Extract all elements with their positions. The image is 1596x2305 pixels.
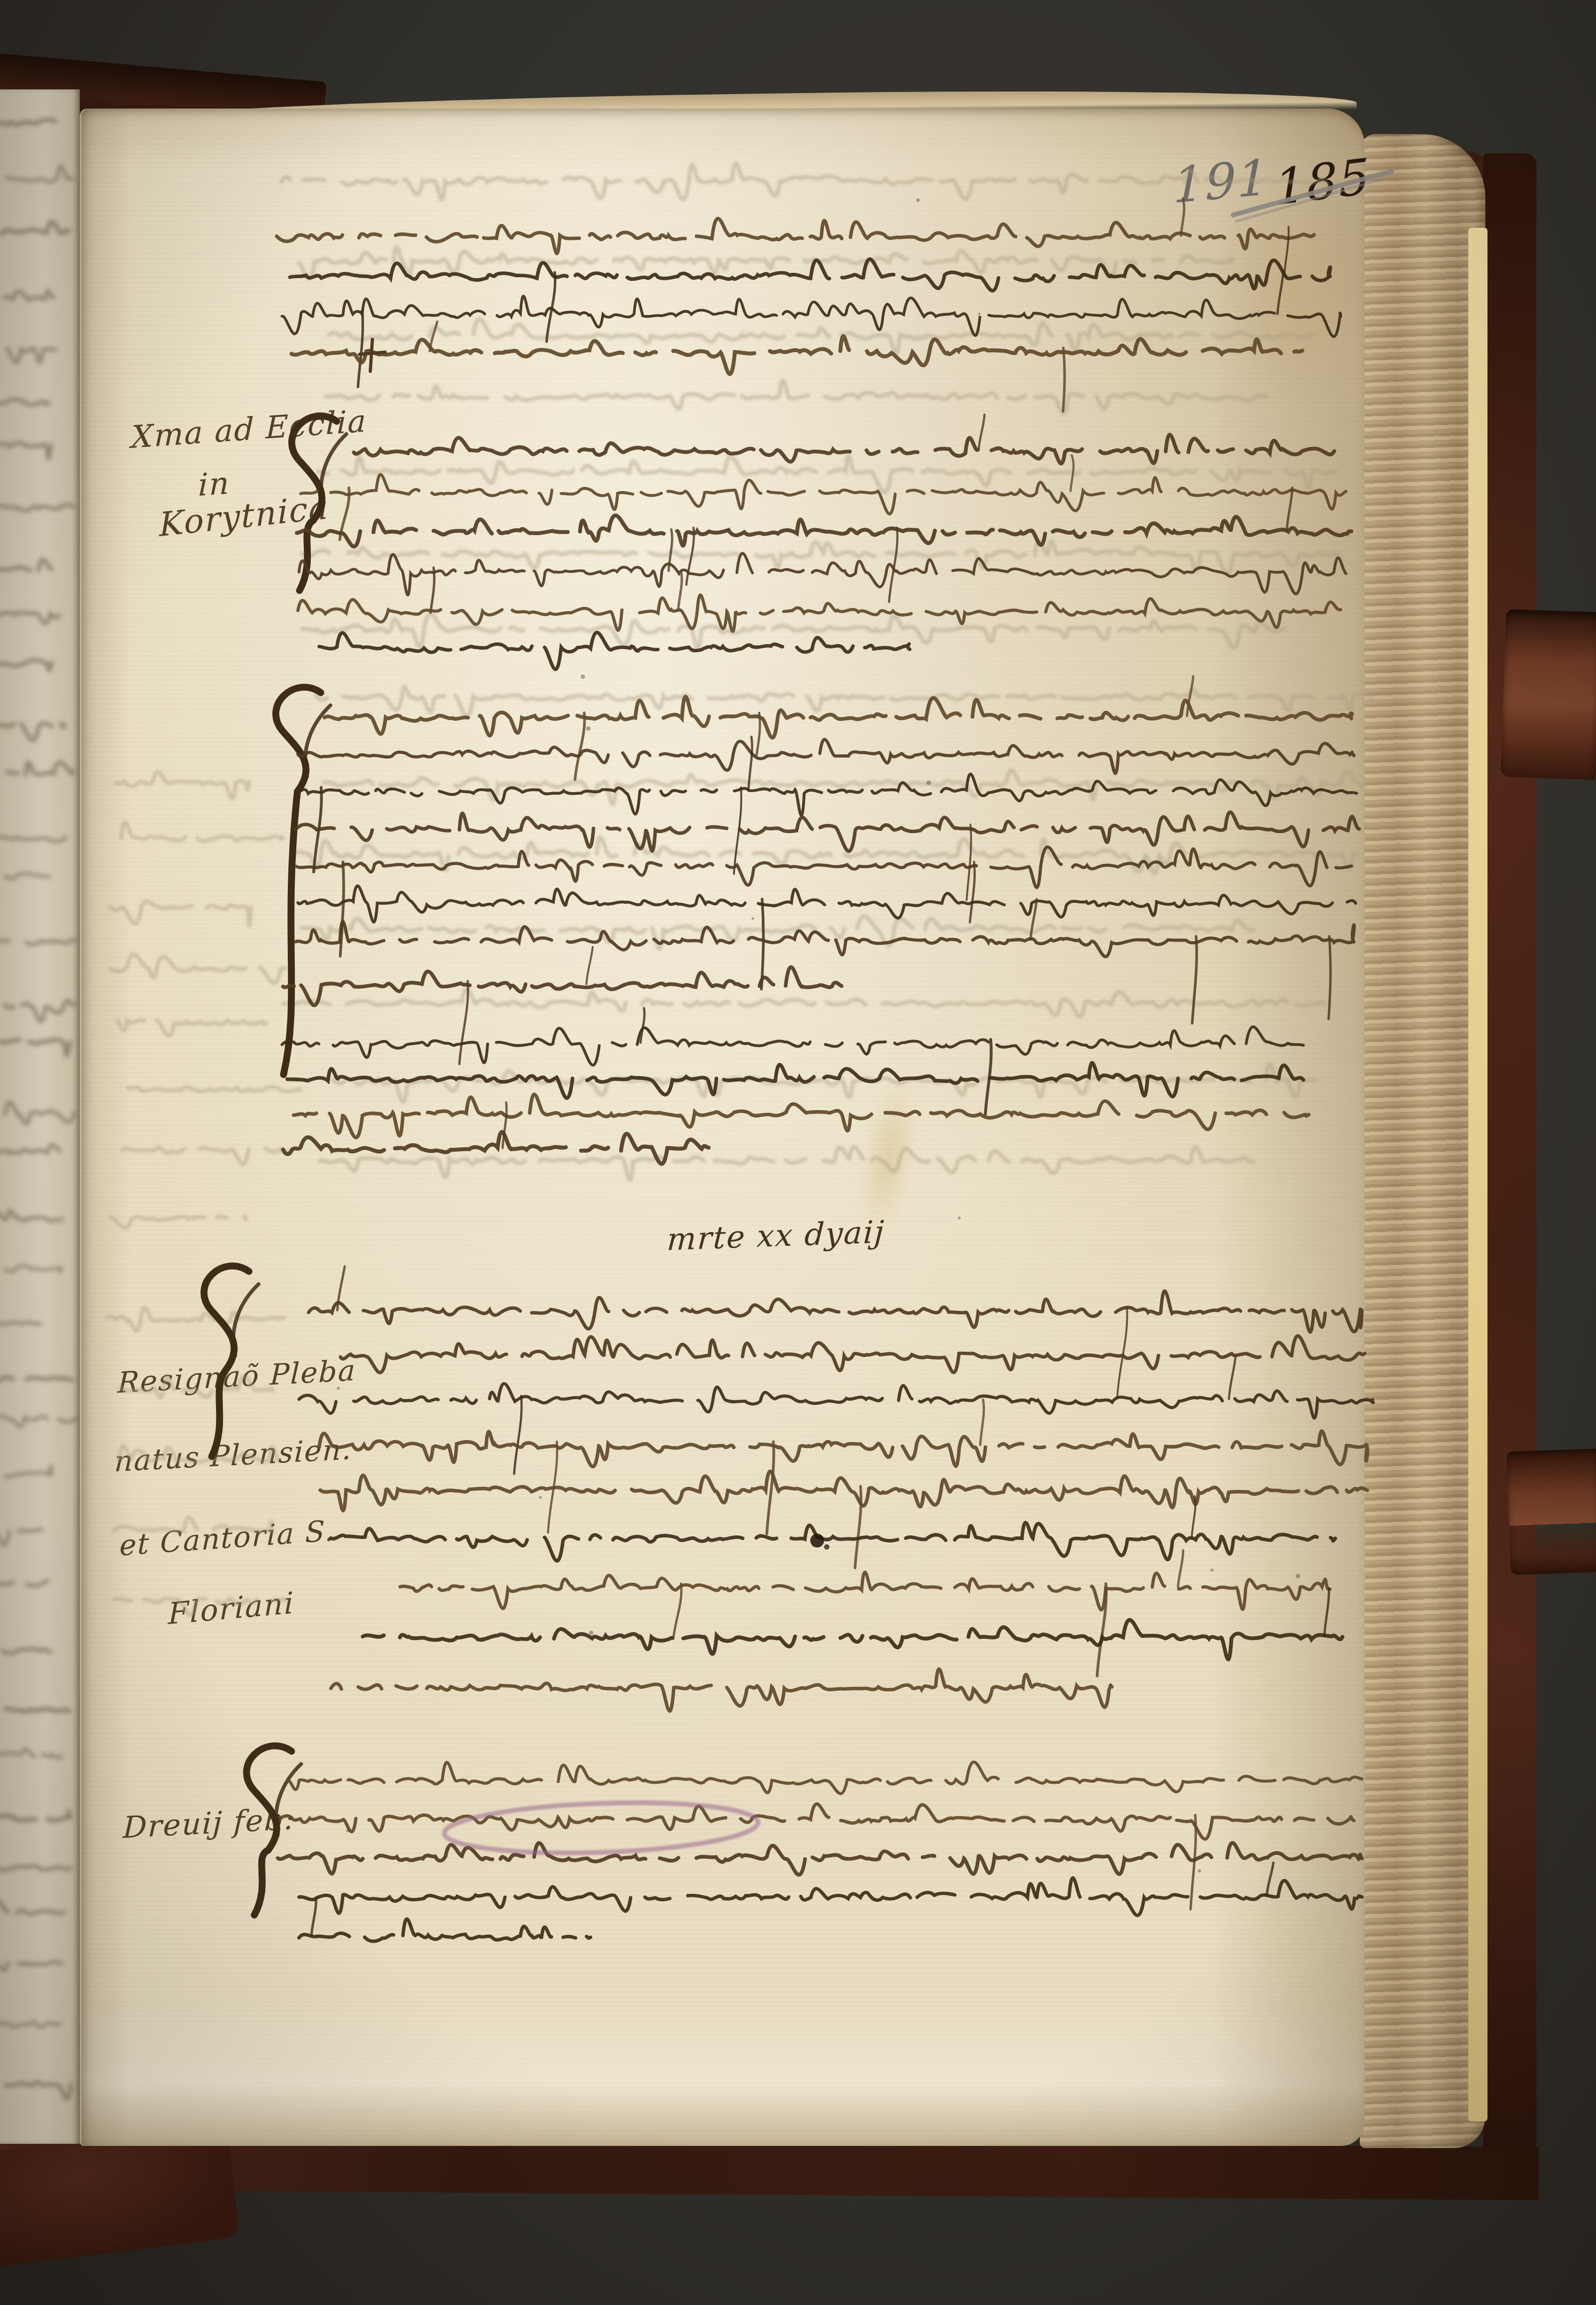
margin-note-korytnica-line-2: in bbox=[198, 465, 230, 503]
date-heading: mrte xx dyaij bbox=[666, 1214, 886, 1258]
page-block-fore-edge bbox=[1360, 134, 1485, 2148]
leather-strap-bottom bbox=[1507, 1449, 1596, 1575]
facing-page-script-lines bbox=[0, 120, 80, 2099]
folio-number-pencil: 191 bbox=[1173, 149, 1269, 214]
manuscript-photo: 191 185 mrte xx dyaij Xma ad Ecclia in K… bbox=[0, 0, 1596, 2305]
endpaper-lining-strip bbox=[1468, 228, 1487, 2121]
book-cover-right-edge bbox=[1483, 153, 1536, 2154]
leather-strap-top bbox=[1501, 609, 1596, 780]
folio-number-ink: 185 bbox=[1274, 148, 1371, 217]
facing-page-blurred-text bbox=[0, 89, 80, 2144]
facing-page-edge bbox=[0, 89, 80, 2144]
